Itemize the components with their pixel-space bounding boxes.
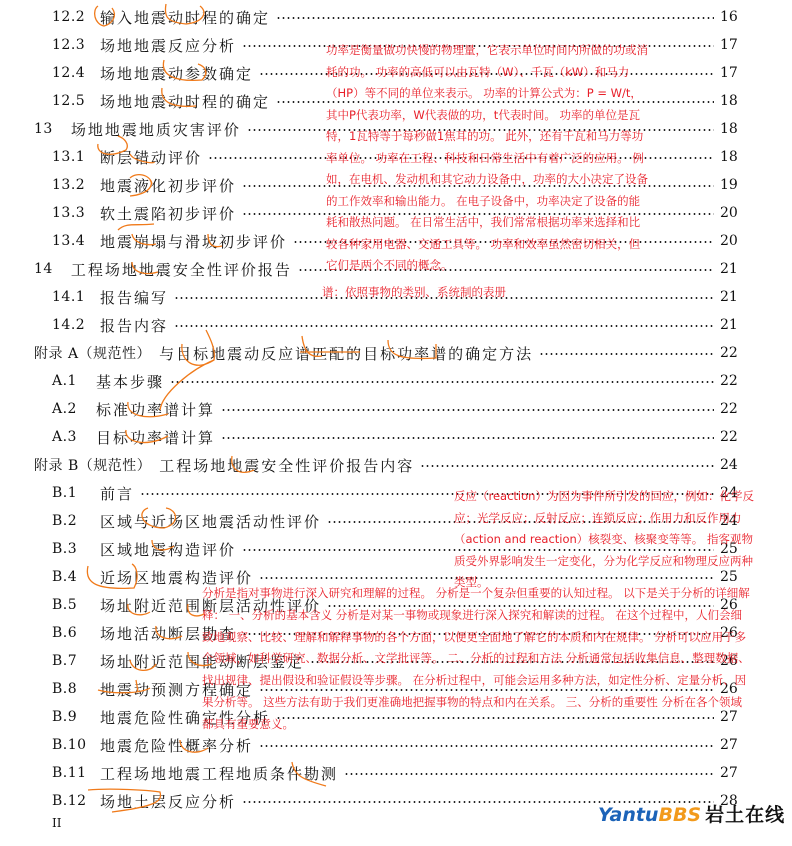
toc-entry-title: 场地地震动时程的确定: [100, 91, 270, 112]
toc-entry-number: B.6: [52, 625, 82, 641]
toc-entry-page: 22: [720, 401, 748, 417]
toc-entry-page: 18: [720, 93, 748, 109]
toc-entry-number: B.11: [52, 765, 82, 781]
analysis-definition-line: 致地观察、比较、理解和解释事物的各个方面，以便更全面地了解它的本质和内在规律。 …: [202, 627, 750, 649]
toc-entry-page: 18: [720, 121, 748, 137]
toc-entry-title: 场地土层反应分析: [100, 791, 236, 812]
toc-entry-title: 工程场地地震安全性评价报告: [71, 259, 292, 280]
toc-entry-title: 工程场地地震工程地质条件勘测: [100, 763, 338, 784]
toc-entry-page: 21: [720, 317, 748, 333]
toc-entry-page: 21: [720, 261, 748, 277]
toc-leader-dots: [344, 773, 714, 775]
toc-entry-page: 17: [720, 37, 748, 53]
spectrum-definition-popup: 谱：依照事物的类别、系统制的表册: [322, 282, 506, 304]
toc-entry-number: B.8: [52, 681, 82, 697]
toc-leader-dots: [259, 745, 714, 747]
analysis-definition-line: 果分析等。 这些方法有助于我们更准确地把握事物的特点和内在关系。 三、分析的重要…: [202, 692, 750, 714]
toc-entry-number: 14.2: [52, 317, 82, 333]
watermark-brand-cn: 岩土在线: [705, 800, 785, 827]
toc-entry-number: 12.4: [52, 65, 82, 81]
toc-entry-title: 区域地震构造评价: [100, 539, 236, 560]
power-definition-line: 其中P代表功率，W代表做的功，t代表时间。 功率的单位是瓦: [326, 105, 648, 127]
power-definition-line: （HP）等不同的单位来表示。 功率的计算公式为：P = W/t，: [326, 83, 648, 105]
toc-entry[interactable]: B.11工程场地地震工程地质条件勘测27: [0, 759, 792, 787]
toc-entry-number: B.9: [52, 709, 82, 725]
toc-entry-title: 地震危险性概率分析: [100, 735, 253, 756]
toc-entry-title: 工程场地地震安全性评价报告内容: [159, 455, 414, 476]
power-definition-line: 的工作效率和输出能力。 在电子设备中，功率决定了设备的能: [326, 191, 648, 213]
toc-entry-title: 区域与近场区地震活动性评价: [100, 511, 321, 532]
toc-entry-number: A.2: [52, 401, 78, 417]
power-definition-line: 功率是衡量做功快慢的物理量，它表示单位时间内所做的功或消: [326, 40, 648, 62]
toc-entry-number: 13.2: [52, 177, 82, 193]
power-definition-line: 耗的功。 功率的高低可以由瓦特（W）、千瓦（kW）和马力: [326, 62, 648, 84]
toc-entry-title: 报告内容: [100, 315, 168, 336]
toc-entry-number: 13.1: [52, 149, 82, 165]
power-definition-line: 如，在电机、发动机和其它动力设备中，功率的大小决定了设备: [326, 169, 648, 191]
toc-entry-page: 19: [720, 177, 748, 193]
analysis-definition-line: 分析是指对事物进行深入研究和理解的过程。 分析是一个复杂但重要的认知过程。 以下…: [202, 583, 750, 605]
toc-entry-page: 27: [720, 737, 748, 753]
toc-entry-page: 18: [720, 149, 748, 165]
power-definition-line: 特，1瓦特等于每秒做1焦耳的功。 此外，还有千瓦和马力等功: [326, 126, 648, 148]
toc-leader-dots: [170, 381, 714, 383]
power-definition-line: 它们是两个不同的概念。: [326, 255, 648, 277]
toc-entry-title: 基本步骤: [96, 371, 164, 392]
toc-entry-page: 24: [720, 457, 748, 473]
reaction-definition-line: 反应（reaction）为因为事件所引发的回应，例如：化学反: [454, 486, 754, 508]
watermark-brand-yantu: Yantu: [598, 804, 658, 826]
yantubbs-watermark-logo: Yantu BBS 岩土在线: [598, 800, 785, 827]
toc-entry-number: 14.1: [52, 289, 82, 305]
toc-entry[interactable]: A.1基本步骤22: [0, 367, 792, 395]
analysis-definition-line: 找出规律、提出假设和验证假设等步骤。 在分析过程中，可能会运用多种方法，如定性分…: [202, 670, 750, 692]
toc-entry-page: 16: [720, 9, 748, 25]
toc-entry-title: 场地地震地质灾害评价: [71, 119, 241, 140]
toc-entry-number: A.1: [52, 373, 78, 389]
toc-leader-dots: [539, 353, 714, 355]
toc-entry[interactable]: A.3目标功率谱计算22: [0, 423, 792, 451]
toc-entry-page: 21: [720, 289, 748, 305]
toc-entry-number: 附录 A（规范性）: [34, 343, 151, 363]
toc-entry-number: B.12: [52, 793, 82, 809]
toc-entry-title: 场地地震动参数确定: [100, 63, 253, 84]
reaction-definition-line: （action and reaction）核裂变、核聚变等等。 指客观物: [454, 529, 754, 551]
toc-entry-title: 前言: [100, 483, 134, 504]
toc-entry-number: B.5: [52, 597, 82, 613]
toc-entry-number: 13.3: [52, 205, 82, 221]
toc-leader-dots: [420, 465, 714, 467]
toc-entry-number: B.10: [52, 737, 82, 753]
toc-entry-title: 目标功率谱计算: [96, 427, 215, 448]
toc-entry-title: 报告编写: [100, 287, 168, 308]
toc-entry-page: 22: [720, 373, 748, 389]
toc-entry-page: 22: [720, 429, 748, 445]
toc-entry-page: 20: [720, 205, 748, 221]
toc-entry-page: 17: [720, 65, 748, 81]
watermark-brand-bbs: BBS: [658, 804, 701, 826]
toc-entry-number: A.3: [52, 429, 78, 445]
toc-entry-number: B.1: [52, 485, 82, 501]
analysis-definition-line: 个领域，如科学研究、数据分析、文学批评等。 二、分析的过程和方法 分析通常包括收…: [202, 648, 750, 670]
power-definition-line: 率单位。 功率在工程、科技和日常生活中有着广泛的应用。 例: [326, 148, 648, 170]
toc-leader-dots: [276, 17, 714, 19]
toc-entry-title: 软土震陷初步评价: [100, 203, 236, 224]
toc-entry-number: 13: [34, 121, 53, 137]
toc-entry-title: 与目标地震动反应谱匹配的目标功率谱的确定方法: [159, 343, 533, 364]
toc-entry-number: 12.3: [52, 37, 82, 53]
toc-entry-number: 13.4: [52, 233, 82, 249]
power-definition-line: 较各种家用电器、交通工具等。 功率和效率虽然密切相关，但: [326, 234, 648, 256]
analysis-definition-line: 释： 一、分析的基本含义 分析是对某一事物或现象进行深入探究和解读的过程。 在这…: [202, 605, 750, 627]
toc-entry[interactable]: A.2标准功率谱计算22: [0, 395, 792, 423]
reaction-definition-line: 应；光学反应；反射反应；连锁反应；作用力和反作用力: [454, 508, 754, 530]
toc-entry-number: B.7: [52, 653, 82, 669]
toc-entry-number: 附录 B（规范性）: [34, 455, 151, 475]
toc-entry[interactable]: 14.2报告内容21: [0, 311, 792, 339]
toc-entry-title: 地震液化初步评价: [100, 175, 236, 196]
toc-entry-page: 22: [720, 345, 748, 361]
toc-leader-dots: [221, 409, 714, 411]
toc-entry[interactable]: 附录 B（规范性）工程场地地震安全性评价报告内容24: [0, 451, 792, 479]
analysis-definition-line: 都具有重要意义。: [202, 714, 750, 736]
spectrum-definition-text: 谱：依照事物的类别、系统制的表册: [322, 282, 506, 304]
toc-entry-number: B.2: [52, 513, 82, 529]
toc-entry-title: 地震崩塌与滑坡初步评价: [100, 231, 287, 252]
toc-entry-number: 12.2: [52, 9, 82, 25]
toc-entry-number: B.3: [52, 541, 82, 557]
toc-entry-number: 14: [34, 261, 53, 277]
analysis-definition-popup: 分析是指对事物进行深入研究和理解的过程。 分析是一个复杂但重要的认知过程。 以下…: [202, 583, 750, 736]
page-number-roman: II: [52, 816, 61, 830]
toc-entry-number: 12.5: [52, 93, 82, 109]
toc-entry-page: 20: [720, 233, 748, 249]
reaction-definition-popup: 反应（reaction）为因为事件所引发的回应，例如：化学反应；光学反应；反射反…: [454, 486, 754, 594]
reaction-definition-line: 质受外界影响发生一定变化，分为化学反应和物理反应两种: [454, 551, 754, 573]
power-definition-popup: 功率是衡量做功快慢的物理量，它表示单位时间内所做的功或消耗的功。 功率的高低可以…: [326, 40, 648, 277]
toc-entry[interactable]: 12.2输入地震动时程的确定16: [0, 3, 792, 31]
toc-entry-title: 场地地震反应分析: [100, 35, 236, 56]
toc-entry-title: 标准功率谱计算: [96, 399, 215, 420]
toc-entry-title: 断层错动评价: [100, 147, 202, 168]
toc-entry-title: 输入地震动时程的确定: [100, 7, 270, 28]
toc-entry-number: B.4: [52, 569, 82, 585]
power-definition-line: 耗和散热问题。 在日常生活中，我们常常根据功率来选择和比: [326, 212, 648, 234]
toc-entry-page: 27: [720, 765, 748, 781]
toc-leader-dots: [221, 437, 714, 439]
toc-entry[interactable]: 附录 A（规范性）与目标地震动反应谱匹配的目标功率谱的确定方法22: [0, 339, 792, 367]
toc-leader-dots: [174, 325, 714, 327]
